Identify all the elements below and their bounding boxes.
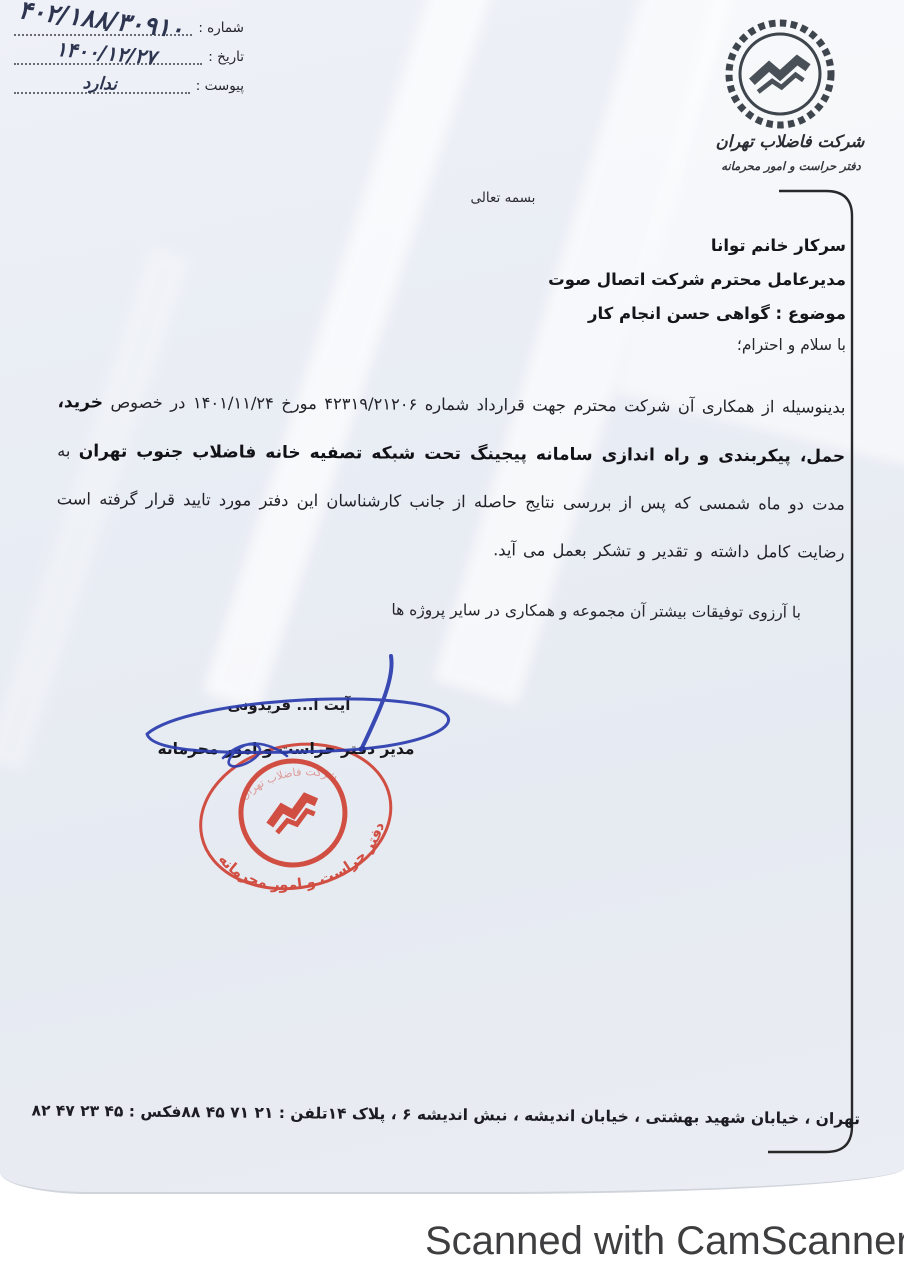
dotted-leader: ۱۴۰۰/۱۲/۲۷ (14, 45, 202, 65)
ref-attachment-label: پیوست : (190, 78, 244, 94)
recipient-block: سرکار خانم توانا مدیرعامل محترم شرکت اتص… (400, 236, 846, 354)
ref-attachment-row: پیوست : ندارد (14, 74, 244, 94)
recipient-name: سرکار خانم توانا (400, 236, 846, 255)
footer-fax: فکس : ۸۲ ۴۷ ۲۳ ۴۵ (31, 1101, 181, 1121)
closing-line: با آرزوی توفیقات بیشتر آن مجموعه و همکار… (57, 598, 801, 621)
body-paragraph: بدینوسیله از همکاری آن شرکت محترم جهت قر… (56, 378, 845, 575)
footer-address: تهران ، خیابان شهید بهشتی ، خیابان اندیش… (328, 1105, 861, 1129)
reference-fields: شماره : ۴۰۲/۱۸۸/۳۰۹۱۰ تاریخ : ۱۴۰۰/۱۲/۲۷… (14, 16, 244, 103)
dotted-leader: ندارد (14, 74, 190, 94)
ref-date-label: تاریخ : (202, 49, 244, 65)
dotted-leader: ۴۰۲/۱۸۸/۳۰۹۱۰ (14, 16, 192, 36)
waves-logo-icon (722, 16, 838, 132)
salutation-line: با سلام و احترام؛ (400, 336, 846, 354)
footer-fax-label: فکس : (129, 1102, 182, 1121)
footer-phone: تلفن : ۸۸ ۴۵ ۷۱ ۲۱ (181, 1103, 327, 1123)
signature-scribble (125, 650, 475, 775)
footer-fax-value: ۸۲ ۴۷ ۲۳ ۴۵ (31, 1101, 123, 1120)
scanned-letter-page: شماره : ۴۰۲/۱۸۸/۳۰۹۱۰ تاریخ : ۱۴۰۰/۱۲/۲۷… (0, 0, 904, 1194)
camscanner-watermark: Scanned with CamScanner (425, 1219, 904, 1264)
ref-attachment-value: ندارد (12, 69, 189, 98)
ref-number-label: شماره : (192, 20, 244, 36)
recipient-title: مدیرعامل محترم شرکت اتصال صوت (400, 270, 846, 289)
footer-phone-label: تلفن : (279, 1104, 328, 1123)
besmellah-text: بسمه تعالی (448, 190, 558, 206)
company-name: شرکت فاضلاب تهران (690, 132, 890, 151)
ref-date-row: تاریخ : ۱۴۰۰/۱۲/۲۷ (14, 45, 244, 65)
body-text-start: بدینوسیله از همکاری آن شرکت محترم جهت قر… (103, 393, 846, 417)
ref-number-row: شماره : ۴۰۲/۱۸۸/۳۰۹۱۰ (14, 16, 244, 36)
department-name: دفتر حراست و امور محرمانه (706, 159, 876, 173)
footer-contact-line: تهران ، خیابان شهید بهشتی ، خیابان اندیش… (68, 1102, 860, 1128)
footer-phone-value: ۸۸ ۴۵ ۷۱ ۲۱ (181, 1103, 273, 1122)
subject-line: موضوع : گواهی حسن انجام کار (400, 304, 846, 323)
